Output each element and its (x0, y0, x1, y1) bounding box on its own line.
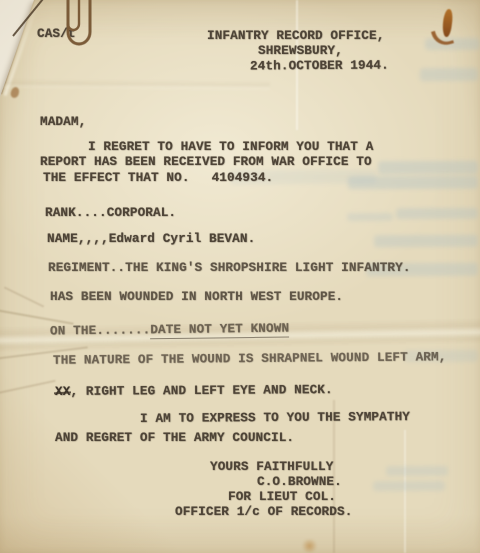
signatory-for: FOR LIEUT COL. (228, 490, 336, 505)
paperclip-icon (58, 0, 102, 60)
wounded-line: HAS BEEN WOUNDED IN NORTH WEST EUROPE. (50, 290, 343, 305)
closing-line: AND REGRET OF THE ARMY COUNCIL. (55, 431, 294, 446)
date-label: ON THE....... (50, 322, 150, 338)
vertical-crease (404, 430, 406, 553)
letterhead-office: INFANTRY RECORD OFFICE, (207, 29, 384, 44)
crease-line (0, 380, 56, 394)
date-value: DATE NOT YET KNOWN (150, 321, 289, 339)
effect-prefix: THE EFFECT THAT NO. (43, 170, 190, 185)
ghost-print (420, 68, 478, 81)
ghost-print (378, 161, 478, 175)
ghost-print (347, 213, 393, 221)
signatory-title: OFFICER 1/c OF RECORDS. (175, 505, 352, 520)
bottom-stain (301, 539, 318, 553)
body-line: I REGRET TO HAVE TO INFORM YOU THAT A (88, 140, 373, 155)
upper-fold-crease (0, 79, 270, 91)
paper-wrapper: CAS/t INFANTRY RECORD OFFICE, SHREWSBURY… (0, 0, 480, 553)
signatory-name: C.O.BROWNE. (257, 475, 342, 490)
wound-detail-rest: , RIGHT LEG AND LEFT EYE AND NECK. (70, 382, 332, 399)
name-line: NAME,,,,Edward Cyril BEVAN. (47, 232, 255, 247)
wound-nature-line: THE NATURE OF THE WOUND IS SHRAPNEL WOUN… (53, 350, 447, 368)
salutation: MADAM, (40, 115, 86, 130)
ghost-print (373, 481, 445, 491)
rank-line: RANK....CORPORAL. (45, 206, 176, 221)
letter-paper: CAS/t INFANTRY RECORD OFFICE, SHREWSBURY… (0, 0, 480, 553)
date-line: ON THE.......DATE NOT YET KNOWN (50, 322, 289, 340)
regiment-line: REGIMENT..THE KING'S SHROPSHIRE LIGHT IN… (48, 261, 411, 276)
valediction: YOURS FAITHFULLY (210, 460, 333, 475)
crease-line (4, 286, 44, 307)
ghost-print (396, 208, 478, 219)
closing-line: I AM TO EXPRESS TO YOU THE SYMPATHY (140, 410, 410, 426)
body-line-service-number: THE EFFECT THAT NO.4104934. (43, 171, 273, 186)
wound-detail-line: XX, RIGHT LEG AND LEFT EYE AND NECK. (55, 383, 333, 400)
ghost-print (374, 235, 478, 248)
letterhead-city: SHREWSBURY, (258, 44, 343, 59)
ghost-print (386, 466, 448, 476)
letterhead-date: 24th.OCTOBER 1944. (250, 59, 389, 75)
body-line: REPORT HAS BEEN RECEIVED FROM WAR OFFICE… (40, 155, 372, 170)
service-number: 4104934. (212, 171, 274, 186)
name-value: Edward Cyril BEVAN. (109, 231, 256, 246)
name-label: NAME,,,, (47, 231, 109, 246)
scanned-letter: CAS/t INFANTRY RECORD OFFICE, SHREWSBURY… (0, 0, 480, 553)
struck-out-text: XX (55, 384, 71, 399)
